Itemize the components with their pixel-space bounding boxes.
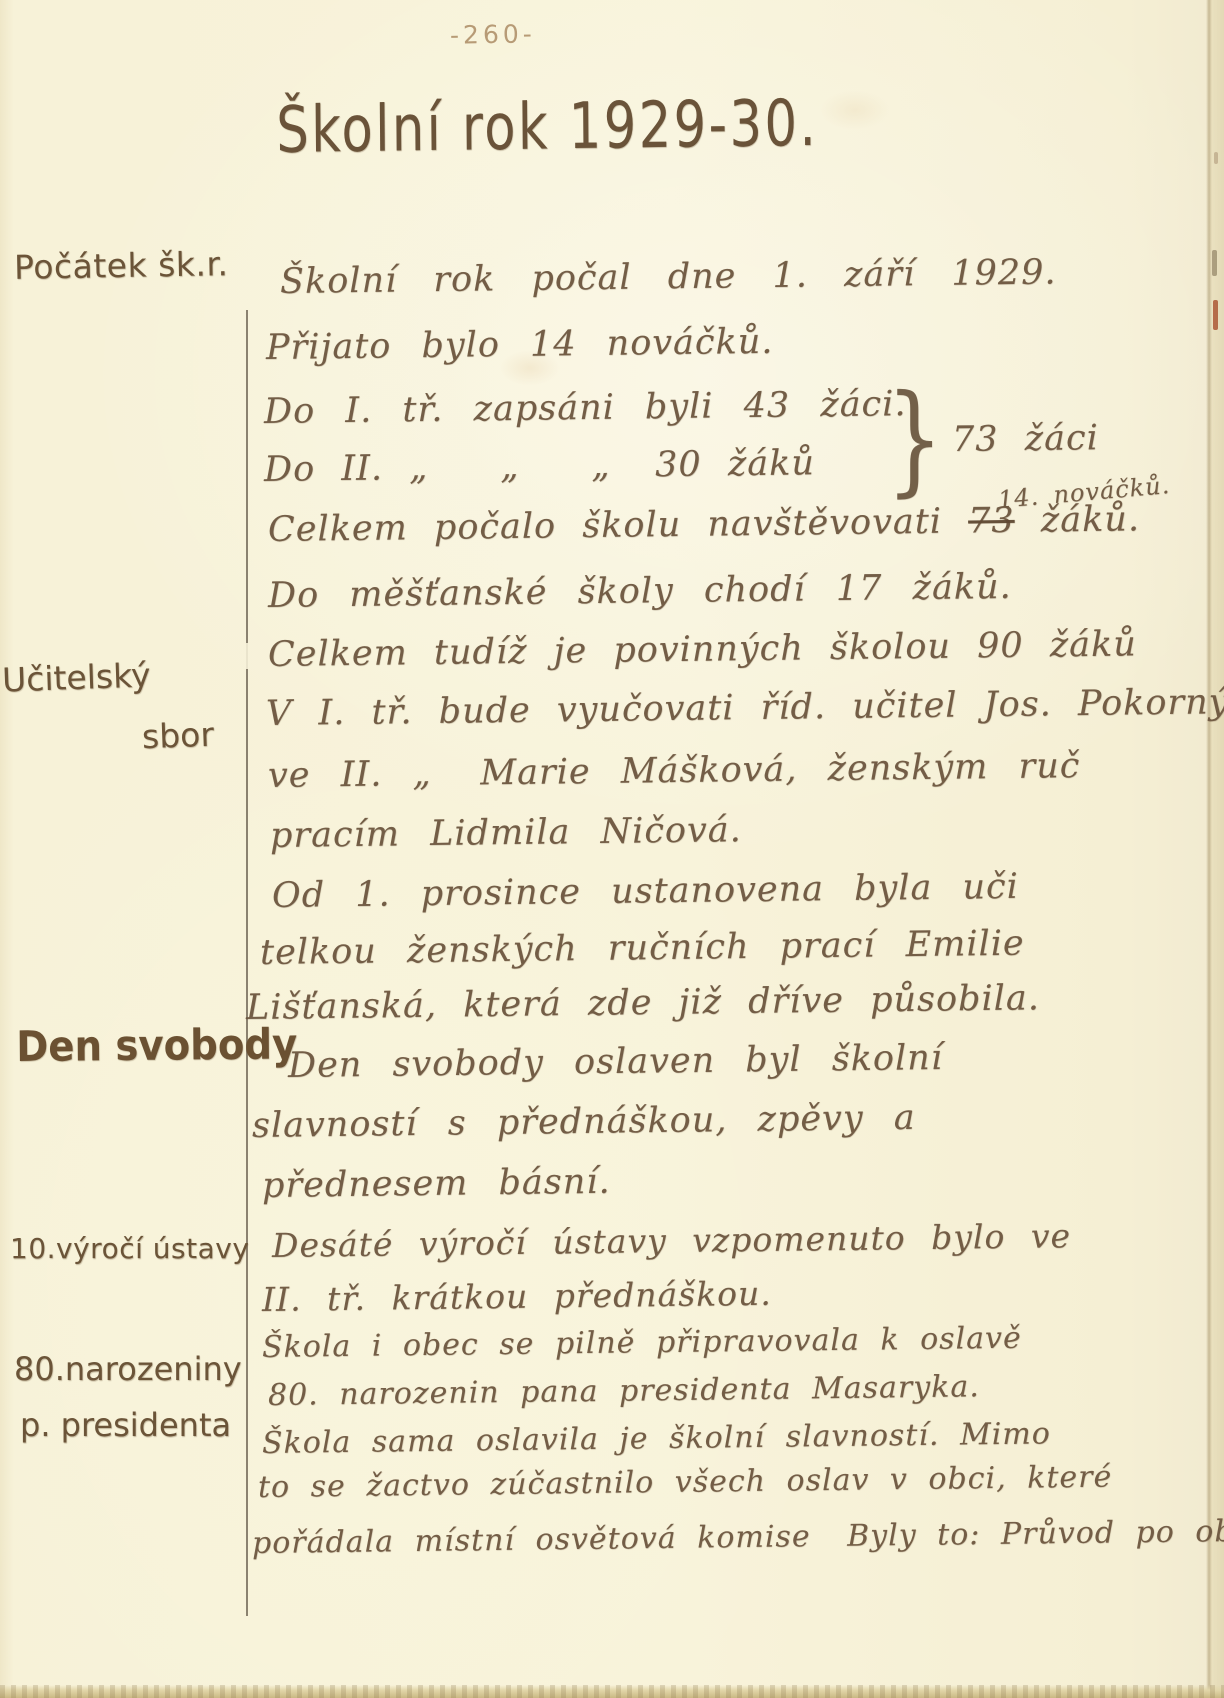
body-line: Škola sama oslavila je školní slavností.…	[262, 1416, 1051, 1461]
chronicle-page-scan: -260- Školní rok 1929-30. Počátek šk.r. …	[0, 0, 1224, 1698]
enrollment-brace: }	[886, 370, 944, 509]
body-line: II. tř. krátkou přednáškou.	[262, 1274, 772, 1319]
body-line: 80. narozenin pana presidenta Masaryka.	[268, 1369, 980, 1413]
body-line: slavností s přednáškou, zpěvy a	[252, 1098, 916, 1146]
line-text: Celkem počalo školu navštěvovati	[268, 501, 969, 550]
body-line: ve II. „ Marie Mášková, ženským ruč	[268, 746, 1081, 796]
margin-note-pocatek: Počátek šk.r.	[14, 244, 229, 287]
line-text: žáků.	[1014, 499, 1140, 541]
body-line: Do měšťanské školy chodí 17 žáků.	[268, 567, 1012, 616]
ink-speck	[1212, 250, 1217, 276]
body-line: to se žactvo zúčastnilo všech oslav v ob…	[258, 1460, 1113, 1505]
body-line: Den svobody oslaven byl školní	[288, 1038, 943, 1086]
struck-number: 73	[968, 501, 1015, 542]
margin-note-narozeniny: 80.narozeniny	[14, 1350, 242, 1388]
margin-note-presidenta: p. presidenta	[20, 1406, 231, 1444]
page-number: -260-	[450, 19, 536, 49]
body-line: Škola i obec se pilně připravovala k osl…	[262, 1321, 1022, 1365]
paper-stain	[820, 90, 890, 130]
body-line: Do II. „ „ „ 30 žáků	[264, 443, 815, 490]
body-line: přednesem básní.	[262, 1162, 611, 1206]
margin-note-sbor: sbor	[141, 715, 214, 756]
body-line: Celkem tudíž je povinných školou 90 žáků	[268, 624, 1137, 675]
enrollment-total: 73 žáci	[952, 418, 1099, 460]
ink-speck	[1214, 152, 1218, 164]
body-line: telkou ženských ručních prací Emilie	[260, 924, 1025, 973]
margin-note-vyroci-ustavy: 10.výročí ústavy	[10, 1232, 249, 1265]
body-line: Od 1. prosince ustanovena byla uči	[272, 867, 1019, 916]
body-line: Do I. tř. zapsáni byli 43 žáci.	[264, 384, 907, 432]
body-line: Školní rok počal dne 1. září 1929.	[280, 253, 1057, 302]
page-bottom-edge	[0, 1685, 1224, 1698]
body-line: V I. tř. bude vyučovati říd. učitel Jos.…	[266, 682, 1224, 734]
body-line: Přijato bylo 14 nováčků.	[266, 322, 774, 368]
body-line: Lišťanská, která zde již dříve působila.	[246, 978, 1040, 1028]
body-line: Desáté výročí ústavy vzpomenuto bylo ve	[272, 1216, 1071, 1265]
margin-note-ucitelsky: Učitelský	[1, 655, 151, 699]
body-line: pracím Lidmila Ničová.	[270, 810, 742, 856]
page-title: Školní rok 1929-30.	[276, 87, 818, 168]
body-line-with-correction: Celkem počalo školu navštěvovati 73 žáků…	[268, 499, 1140, 550]
margin-rule-line	[246, 310, 248, 1616]
body-line: pořádala místní osvětová komise Byly to:…	[252, 1514, 1224, 1561]
red-edge-mark	[1213, 300, 1218, 330]
